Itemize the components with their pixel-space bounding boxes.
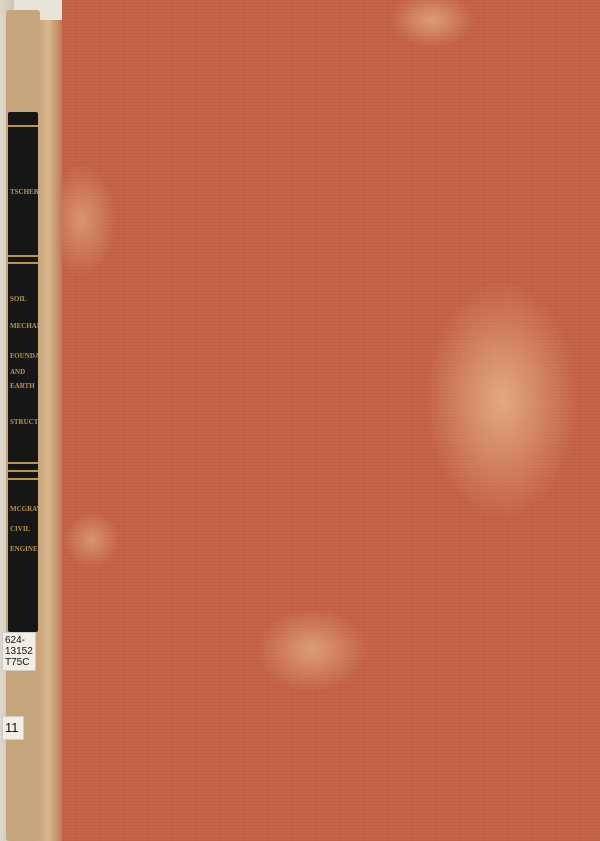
spine-title-line: and [10,368,40,377]
spine-title-line: Mechanics [10,322,40,331]
spine-title-line: Earth [10,382,40,391]
book-hinge [38,20,64,841]
call-number-line: T75C [5,657,33,668]
spine-publisher-line: McGraw-Hill [10,505,40,514]
spine-gold-rule [8,470,38,472]
spine-publisher-line: Civil [10,525,40,534]
library-volume-label: 11 [2,716,24,740]
book-photo: Tschebotarioff Soil Mechanics Foundation… [0,0,600,841]
spine-title-line: Structures [10,418,40,427]
spine-gold-rule [8,125,38,127]
spine-title-line: Soil [10,295,40,304]
call-number-line: 624- [5,635,33,646]
spine-gold-rule [8,478,38,480]
spine-title-line: Foundations [10,352,40,361]
spine-publisher-line: Engineering [10,545,40,554]
spine-author-top: Tschebotarioff [10,188,40,197]
call-number-line: 13152 [5,646,33,657]
spine-gold-rule [8,255,38,257]
front-cover [62,0,600,841]
library-call-number-label: 624- 13152 T75C [2,632,36,671]
spine-gold-rule [8,462,38,464]
spine-gold-rule [8,262,38,264]
